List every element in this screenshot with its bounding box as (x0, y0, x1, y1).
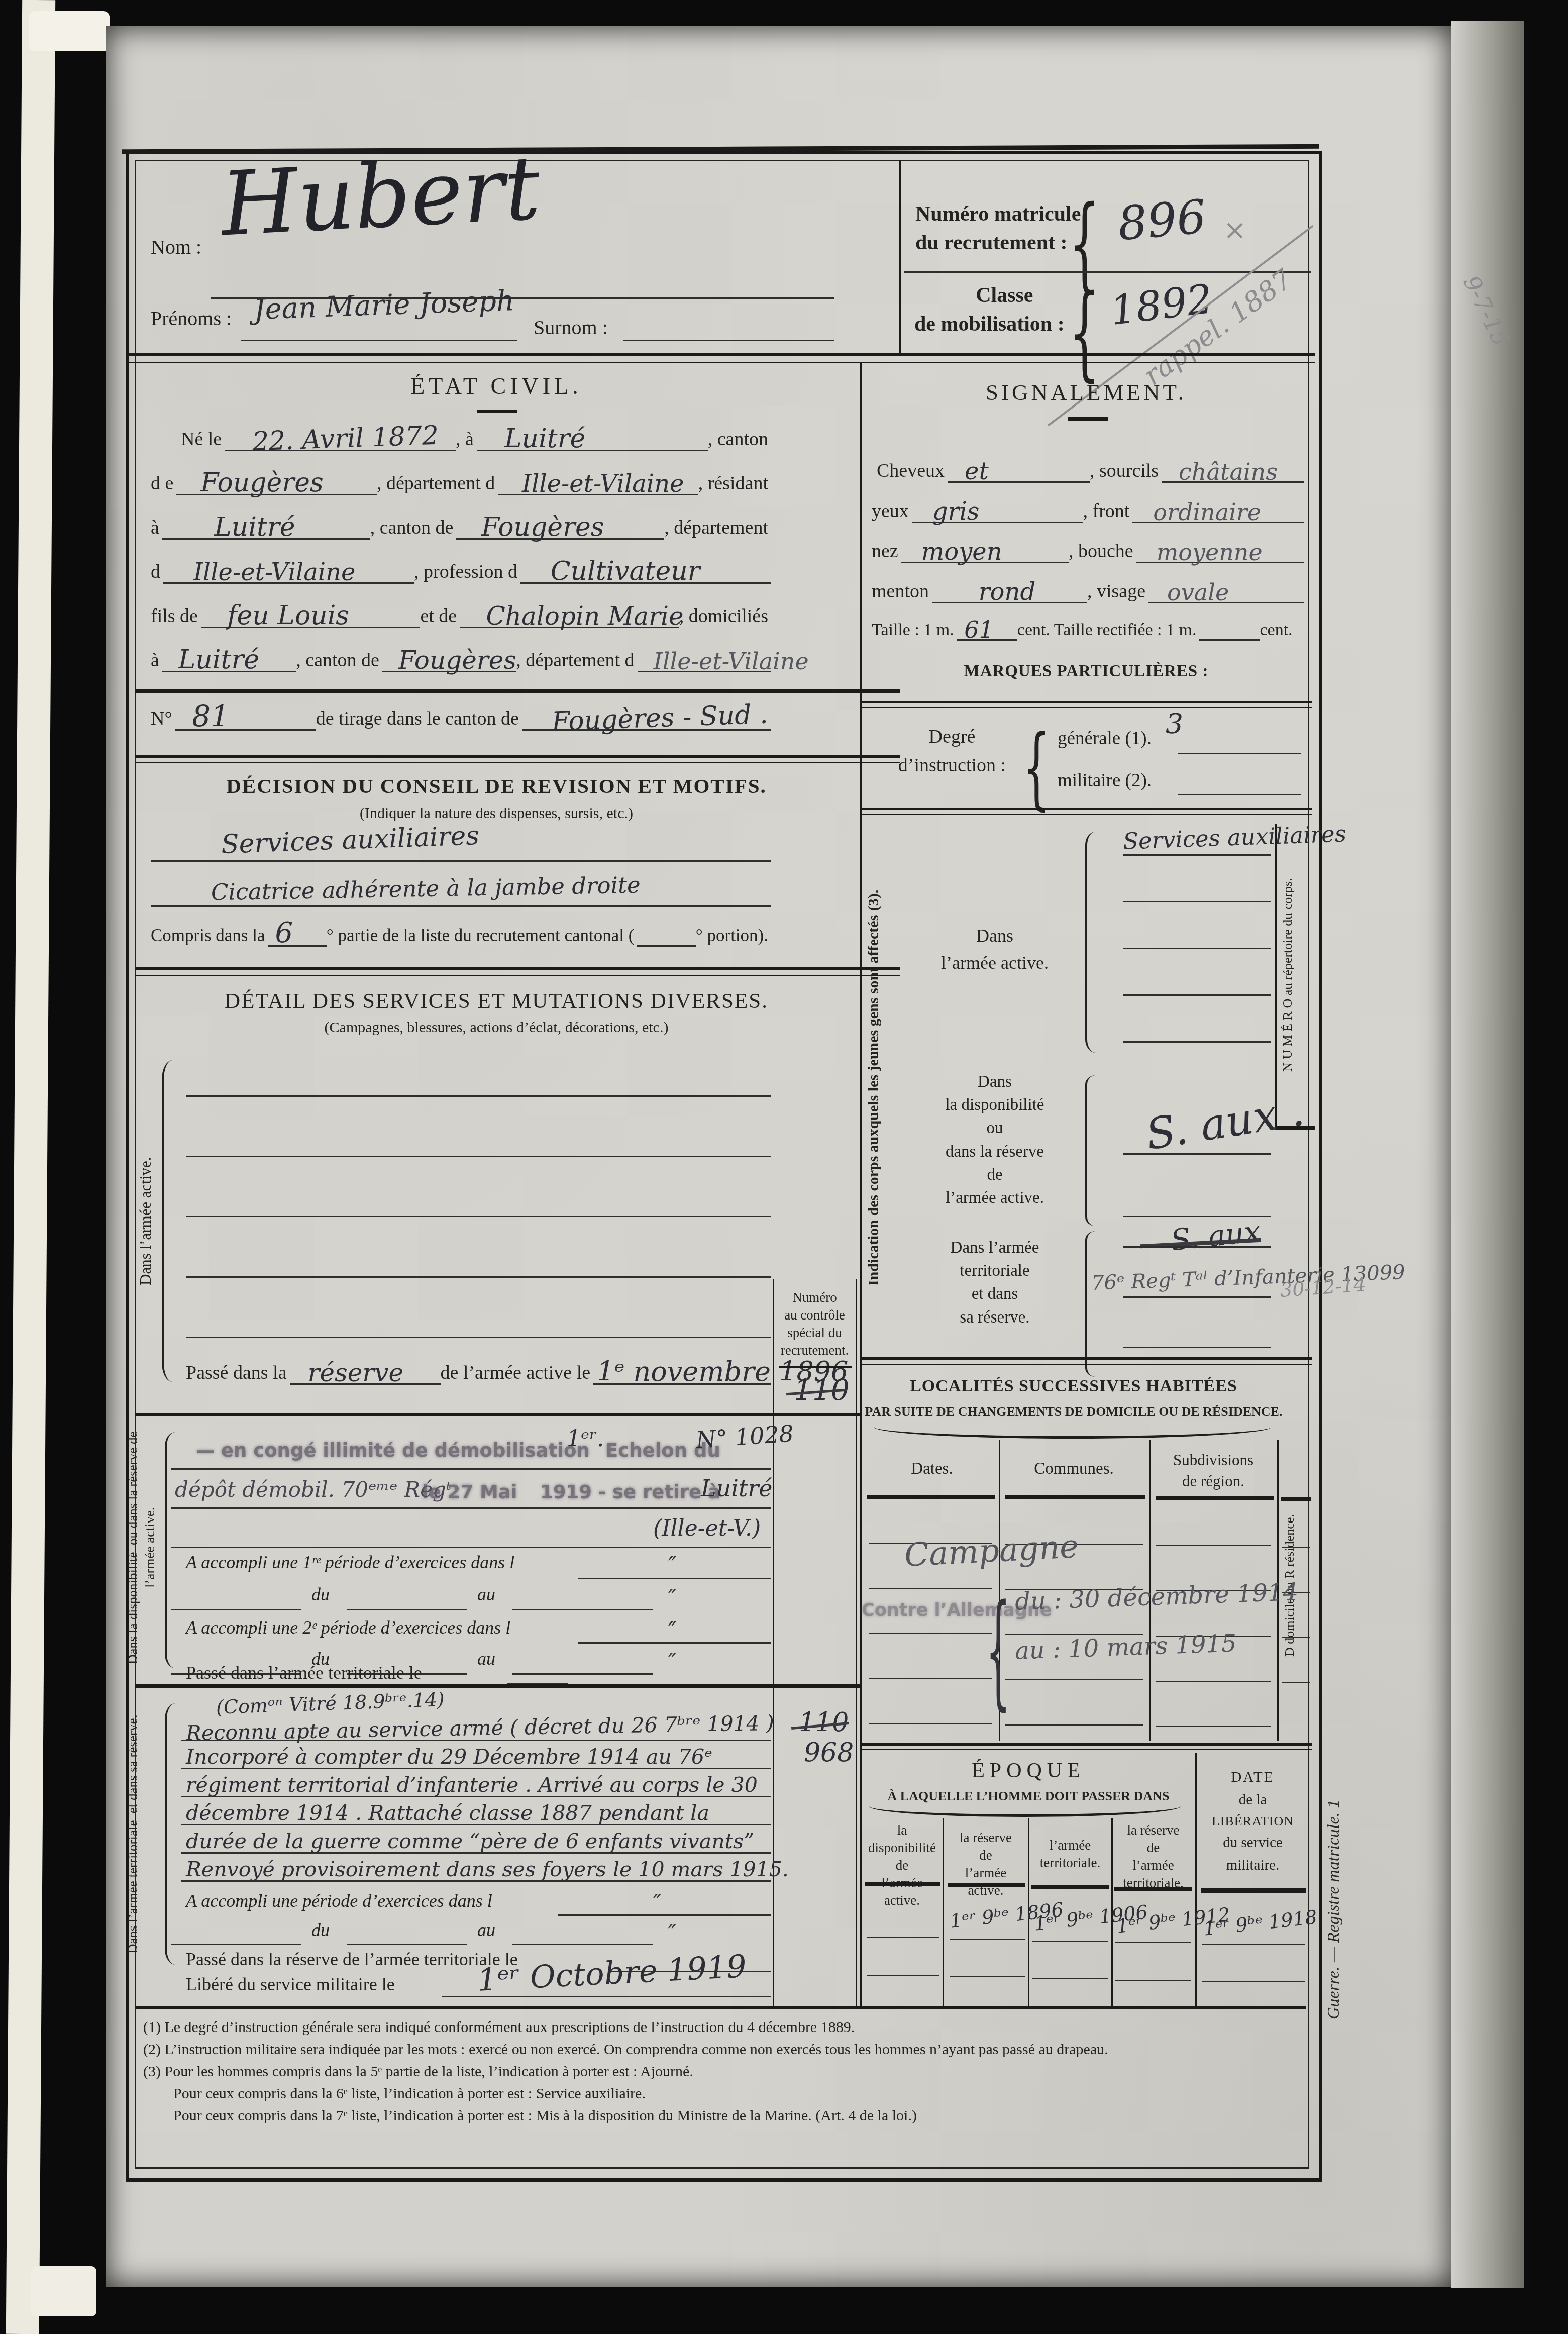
field-residence-departement: Ille-et-Vilaine (163, 582, 414, 584)
terr-vertical-1: Dans l’armée territoriale (125, 1820, 140, 1953)
label: , canton de (296, 649, 382, 672)
etat-civil-row-5: fils de feu Louis et de Chalopin Marie ,… (151, 605, 771, 628)
c5-l2: de la (1199, 1789, 1307, 1811)
detail-subtitle: (Campagnes, blessures, actions d’éclat, … (135, 1019, 858, 1036)
localites-row4-c4 (1282, 1682, 1310, 1683)
bouche-label: , bouche (1069, 540, 1136, 563)
periode1-au-line (512, 1609, 653, 1610)
numero-repertoire-col-line (1275, 824, 1277, 1126)
passe-label-a: Passé dans la (186, 1362, 290, 1385)
c5-l3: LIBÉRATION (1199, 1811, 1307, 1832)
field-parents-departement: Ille-et-Vilaine (638, 671, 771, 672)
epoque-row1-c5 (1202, 1944, 1305, 1945)
matricule-cross: × (1223, 214, 1246, 246)
localites-col-communes: Communes. (1002, 1460, 1145, 1478)
corps-dispo-6: l’armée active. (919, 1186, 1070, 1209)
nom-label: Nom : (151, 235, 201, 259)
tirage-no-label: N° (151, 707, 175, 731)
dispo-vertical-label: Dans la disponibilité ou dans la réserve… (125, 1427, 159, 1668)
c3-l1: l’armée (1030, 1837, 1110, 1854)
signalement-tick (1068, 417, 1108, 421)
periode1-du-ditto: ″ (668, 1585, 676, 1611)
etat-civil-row-4: d Ille-et-Vilaine , profession d Cultiva… (151, 561, 771, 584)
dispo-vertical-1: Dans la disponibilité (125, 1552, 140, 1664)
periode2-au: au (477, 1648, 495, 1669)
controle-h2: au contrôle (774, 1306, 856, 1324)
degre-generale-value: 3 (1166, 707, 1183, 740)
label: , à (456, 428, 477, 451)
degre-label: Degré d’instruction : (882, 723, 1022, 780)
controle-col-left (773, 1279, 774, 2006)
terr-line-6 (181, 1880, 771, 1882)
controle-header-underline (779, 1366, 852, 1368)
c2-l2: de (946, 1847, 1026, 1864)
label: , canton de (370, 517, 457, 540)
matricule-value: 896 (1116, 190, 1208, 251)
footnote-5: Pour ceux compris dans la 7ᵉ liste, l’in… (173, 2107, 1299, 2124)
corps-active-label: Dans l’armée active. (919, 922, 1070, 976)
periode1-label: A accompli une 1ʳᵉ période d’exercices d… (186, 1552, 514, 1573)
signalement-row-4: menton rond , visage ovale (872, 580, 1304, 603)
c5-l4: du service (1199, 1832, 1307, 1854)
corps-dispo-3: ou (919, 1117, 1070, 1140)
localites-row3-c4 (1282, 1637, 1310, 1638)
corps-terr-line-2 (1123, 1296, 1271, 1298)
localites-row5-c1 (869, 1723, 992, 1724)
front-label: , front (1083, 500, 1133, 523)
terr-line-2 (181, 1768, 771, 1769)
libere-line (442, 1996, 771, 1997)
localites-head-underline-1 (867, 1495, 995, 1499)
degre-generale: générale (1). (1058, 728, 1152, 749)
controle-value-bottom: 968 (804, 1738, 854, 1768)
classe-label-line2: de mobilisation : (914, 310, 1065, 339)
controle-h1: Numéro (774, 1289, 856, 1306)
corps-dispo-2: la disponibilité (919, 1093, 1070, 1117)
corps-active-line-5 (1123, 1041, 1271, 1043)
margin-date-note: 9-7-15 (1457, 271, 1514, 350)
terr-au-ditto: ″ (668, 1920, 676, 1946)
epoque-head-underline-2 (948, 1883, 1025, 1887)
classe-label: Classe de mobilisation : (945, 281, 1065, 338)
field-parents-domicile: Luitré (162, 671, 296, 672)
terr-note-6: Renvoyé provisoirement dans ses foyers l… (186, 1857, 789, 1881)
field-passe-reserve: réserve (290, 1383, 441, 1385)
terr-left-stub (171, 1944, 301, 1945)
etat-civil-title: ÉTAT CIVIL. (135, 373, 858, 399)
localites-row4-c3 (1156, 1681, 1271, 1682)
taille-cent-label: cent. (1260, 621, 1295, 641)
field-liste-partie: 6 (268, 945, 326, 947)
epoque-head-underline-4 (1114, 1887, 1192, 1891)
localites-bottom-rule2 (860, 1749, 1312, 1750)
decision-line-2 (151, 905, 771, 907)
c4-l2: de (1114, 1839, 1192, 1857)
epoque-col1-header: la disponibilité de l’armée active. (863, 1821, 941, 1909)
epoque-subtitle: À LAQUELLE L’HOMME DOIT PASSER DANS (860, 1789, 1197, 1804)
localites-row1-c3 (1156, 1545, 1271, 1546)
corps-active-brace (1085, 832, 1104, 1053)
epoque-col3-header: l’armée territoriale. (1030, 1837, 1110, 1872)
corner-paper-top-left (29, 11, 110, 51)
epoque-col4-header: la réserve de l’armée territoriale. (1114, 1821, 1192, 1892)
corps-dispo-label: Dans la disponibilité ou dans la réserve… (919, 1070, 1070, 1209)
corps-bottom-rule2 (860, 1364, 1312, 1365)
corps-active-line-2 (1123, 901, 1271, 902)
prenoms-label: Prénoms : (151, 307, 232, 330)
terr-au: au (477, 1919, 495, 1941)
field-tirage-number: 81 (175, 729, 316, 731)
demob-line-1 (171, 1468, 771, 1470)
epoque-col-line-4 (1195, 1753, 1197, 2006)
label: Né le (181, 428, 225, 451)
corps-terr-line-1 (1123, 1246, 1271, 1248)
yeux-label: yeux (872, 500, 912, 523)
label: d e (151, 472, 176, 495)
signalement-row-3: nez moyen , bouche moyenne (872, 540, 1304, 563)
degre-brace: { (1022, 716, 1051, 819)
matricule-label-line2: du recrutement : (915, 229, 1081, 257)
field-front: ordinaire (1132, 522, 1304, 523)
epoque-row2-c3 (1032, 1978, 1108, 1979)
nez-label: nez (872, 540, 901, 563)
tirage-text: de tirage dans le canton de (316, 707, 522, 731)
c3-l2: territoriale. (1030, 1854, 1110, 1872)
controle-header: Numéro au contrôle spécial du recrutemen… (774, 1289, 856, 1359)
field-birth-place: Luitré (477, 450, 708, 451)
corps-active-line-3 (1123, 948, 1271, 949)
demob-line-2 (171, 1507, 771, 1509)
label: , département (664, 517, 771, 540)
localites-row1-c4 (1282, 1547, 1310, 1548)
degre-militaire-line (1178, 794, 1301, 795)
terr-line-1 (181, 1740, 771, 1741)
matricule-label: Numéro matricule du recrutement : (915, 200, 1081, 257)
menton-label: menton (872, 580, 932, 603)
c4-l3: l’armée (1114, 1857, 1192, 1874)
terr-line-4 (181, 1824, 771, 1825)
tirage-bottom-rule2 (135, 762, 900, 763)
localites-row2-c1 (869, 1588, 992, 1589)
footnote-4: Pour ceux compris dans la 6ᵉ liste, l’in… (173, 2085, 1299, 2102)
localites-head-underline-3 (1156, 1496, 1274, 1500)
epoque-row2-c4 (1115, 1980, 1191, 1981)
label: à (151, 649, 162, 672)
prenoms-line (241, 340, 517, 341)
detail-title: DÉTAIL DES SERVICES ET MUTATIONS DIVERSE… (135, 989, 858, 1013)
surnom-label: Surnom : (534, 316, 608, 339)
corps-terr-4: sa réserve. (919, 1306, 1070, 1329)
field-sourcils: châtains (1162, 481, 1304, 483)
corps-vertical-label: Indication des corps auxquels les jeunes… (865, 829, 882, 1347)
field-profession: Cultivateur (520, 582, 771, 584)
epoque-row1-c3 (1032, 1941, 1108, 1942)
field-menton: rond (932, 602, 1087, 603)
tirage-bottom-rule (135, 755, 900, 758)
localites-col-dates: Dates. (869, 1460, 995, 1478)
epoque-head-underline-1 (865, 1882, 940, 1886)
header-bottom-rule (127, 353, 1315, 356)
epoque-head-underline-3 (1031, 1885, 1109, 1889)
passe-reserve-row: Passé dans la réserve de l’armée active … (186, 1362, 771, 1385)
field-taille: 61 (957, 639, 1017, 641)
terr-periode-label: A accompli une période d’exercices dans … (186, 1890, 492, 1911)
controle-h4: recrutement. (774, 1342, 856, 1359)
epoque-col5-header: DATE de la LIBÉRATION du service militai… (1199, 1766, 1307, 1877)
epoque-row2-c2 (950, 1976, 1025, 1977)
periode2-label: A accompli une 2ᵉ période d’exercices da… (186, 1617, 510, 1638)
decision-bottom-rule (135, 967, 900, 970)
label: à (151, 517, 162, 540)
classe-label-line1: Classe (945, 281, 1065, 310)
field-portion (637, 945, 695, 947)
corps-dispo-1: Dans (919, 1070, 1070, 1093)
c1-l2: disponibilité (863, 1839, 941, 1857)
label: fils de (151, 605, 201, 628)
corps-dispo-4: dans la réserve (919, 1140, 1070, 1163)
field-residence: Luitré (162, 538, 370, 540)
corps-dispo-line-1 (1123, 1153, 1271, 1155)
corps-terr-label: Dans l’armée territoriale et dans sa rés… (919, 1236, 1070, 1329)
terr-note-4: décembre 1914 . Rattaché classe 1887 pen… (186, 1801, 709, 1825)
etat-civil-tick (477, 410, 517, 413)
corner-paper-bottom-left (31, 2266, 96, 2316)
periode1-du-line (347, 1609, 467, 1610)
demob-stamp-1919: 1919 - se retire à (540, 1481, 720, 1503)
periode2-au-line (512, 1673, 653, 1675)
signalement-row-1: Cheveux et , sourcils châtains (877, 460, 1304, 483)
degre-militaire: militaire (2). (1058, 770, 1152, 791)
c4-l1: la réserve (1114, 1821, 1192, 1839)
localites-col-subdiv: Subdivisions de région. (1153, 1450, 1274, 1492)
corps-active-line-4 (1123, 994, 1271, 996)
epoque-col-line-1 (943, 1818, 944, 2006)
signalement-bottom-rule (860, 701, 1312, 703)
field-father: feu Louis (201, 627, 420, 628)
localites-head-underline-2 (1005, 1495, 1145, 1499)
field-birth-date: 22. Avril 1872 (225, 450, 456, 451)
degre-bottom-rule2 (860, 814, 1312, 815)
demob-depot: dépôt démobil. 70ᵉᵐᵉ Régᵗ (175, 1477, 451, 1502)
localites-row4-c2 (1005, 1679, 1143, 1680)
footnote-top-rule (135, 2006, 1306, 2009)
terr-periode-ditto: ″ (653, 1890, 661, 1916)
header-box-divider (899, 160, 901, 356)
field-tirage-canton: Fougères - Sud . (522, 729, 771, 731)
terr-note-2: Incorporé à compter du 29 Décembre 1914 … (186, 1745, 712, 1769)
demob-luitre: Luitré (701, 1475, 773, 1502)
field-cheveux: et (948, 481, 1090, 483)
taille-rectifiee-label: cent. Taille rectifiée : 1 m. (1017, 621, 1200, 641)
field-nez: moyen (901, 562, 1069, 563)
taille-label: Taille : 1 m. (872, 621, 957, 641)
tirage-top-rule (135, 689, 900, 693)
decision-line-1 (151, 860, 771, 862)
left-page-edge (6, 0, 55, 2334)
footnote-1: (1) Le degré d’instruction générale sera… (143, 2019, 1299, 2036)
etat-civil-row-1: Né le 22. Avril 1872 , à Luitré , canton (181, 428, 771, 451)
epoque-head-underline-5 (1201, 1888, 1306, 1893)
label: , résidant (698, 472, 771, 495)
numero-repertoire-vertical: N U M É R O au répertoire du corps. (1280, 832, 1295, 1118)
field-taille-rectifiee (1199, 639, 1260, 641)
detail-vertical-label: Dans l’armée active. (137, 1070, 155, 1372)
epoque-title: ÉPOQUE (860, 1759, 1197, 1783)
label: , domiciliés (679, 605, 771, 628)
hw-1er: 1ᵉʳ. (567, 1426, 604, 1452)
corps-terr-brace (1085, 1231, 1104, 1377)
corps-terr-2: territoriale (919, 1259, 1070, 1282)
corps-terr-3: et dans (919, 1282, 1070, 1305)
detail-empty-line-1 (186, 1095, 771, 1097)
localites-title: LOCALITÉS SUCCESSIVES HABITÉES (860, 1377, 1287, 1396)
header-bottom-rule-thin (127, 362, 1315, 363)
dispo-brace (165, 1432, 184, 1668)
stamp-text: — en congé illimité de démobilisation (196, 1440, 590, 1461)
footnote-3: (3) Pour les hommes compris dans la 5ᵉ p… (143, 2063, 1299, 2080)
localites-row5-c2 (1005, 1724, 1143, 1726)
field-mother: Chalopin Marie (460, 627, 679, 628)
signalement-bottom-rule2 (860, 707, 1312, 708)
localites-row5-c3 (1156, 1726, 1271, 1727)
side-imprint: Guerre. — Registre matricule. 1 (1324, 1648, 1343, 2171)
c5-l5: militaire. (1199, 1854, 1307, 1877)
degre-label-1: Degré (882, 723, 1022, 751)
corps-terr-line-3 (1123, 1347, 1271, 1348)
subdiv-line2: de région. (1153, 1471, 1274, 1492)
right-page-curl (1451, 21, 1524, 2288)
passe-reserve-terr-label: Passé dans la réserve de l’armée territo… (186, 1949, 518, 1970)
field-passe-date: 1ᵉ novembre 1896 (593, 1383, 771, 1385)
detail-empty-line-5 (186, 1337, 771, 1338)
c1-l3: de (863, 1857, 941, 1874)
field-residence-canton: Fougères (456, 538, 664, 540)
visage-label: , visage (1087, 580, 1148, 603)
label: , canton (708, 428, 771, 451)
demob-stamp-le27mai: le 27 Mai (422, 1481, 517, 1503)
footnote-2: (2) L’instruction militaire sera indiqué… (143, 2041, 1309, 2058)
epoque-col2-header: la réserve de l’armée active. (946, 1829, 1026, 1899)
demob-ille-et-v: (Ille-et-V.) (653, 1515, 761, 1541)
scanned-register-photo: { "glyphs": {"brace":"{", "ditto":"\u203… (0, 0, 1568, 2334)
degre-generale-line (1178, 753, 1301, 754)
controle-col-right (856, 1279, 857, 2006)
epoque-row1-c1 (867, 1937, 939, 1938)
decision-title: DÉCISION DU CONSEIL DE REVISION ET MOTIF… (135, 774, 858, 798)
passe-label-b: de l’armée active le (441, 1362, 594, 1385)
field-departement: Ille-et-Vilaine (498, 494, 698, 495)
terr-line-3 (181, 1796, 771, 1797)
detail-empty-line-2 (186, 1156, 771, 1157)
compris-label-c: ° portion). (696, 926, 771, 947)
active-bottom-rule (135, 1413, 860, 1416)
nom-signature: Hubert (219, 138, 543, 256)
degre-label-2: d’instruction : (882, 751, 1022, 780)
c2-l3: l’armée active. (946, 1864, 1026, 1899)
periode1-du: du (311, 1584, 330, 1605)
periode2-ditto: ″ (668, 1618, 676, 1644)
periode1-left-stub (171, 1609, 301, 1610)
detail-brace (162, 1060, 181, 1382)
compris-label-b: ° partie de la liste du recrutement cant… (327, 926, 638, 947)
corps-active-label-2: l’armée active. (919, 949, 1070, 976)
marques-label: MARQUES PARTICULIÈRES : (860, 662, 1312, 681)
label: , département d (516, 649, 637, 672)
epoque-row2-c1 (867, 1975, 939, 1976)
matricule-label-line1: Numéro matricule (915, 200, 1081, 229)
terr-note-3: régiment territorial d’infanterie . Arri… (186, 1773, 758, 1797)
terr-brace (165, 1703, 184, 1965)
periode1-au: au (477, 1584, 495, 1605)
localites-row3-c1 (869, 1633, 992, 1634)
corps-dispo-brace (1085, 1075, 1104, 1226)
terr-periode-line (558, 1914, 771, 1916)
dispo-bottom-rule (135, 1684, 860, 1688)
localites-head-underline-4 (1281, 1497, 1311, 1501)
localites-subtitle: PAR SUITE DE CHANGEMENTS DE DOMICILE OU … (860, 1404, 1287, 1419)
label: , profession d (414, 561, 520, 584)
c2-l1: la réserve (946, 1829, 1026, 1847)
signalement-title: SIGNALEMENT. (860, 379, 1312, 405)
terr-line-5 (181, 1852, 771, 1854)
field-bouche: moyenne (1136, 562, 1304, 563)
field-parents-canton: Fougères (382, 671, 516, 672)
label: et de (420, 605, 460, 628)
terr-vertical-label: Dans l’armée territoriale et dans sa rés… (125, 1698, 142, 1970)
passe-territoriale-label: Passé dans l’armée territoriale le (186, 1662, 422, 1683)
compris-row: Compris dans la 6 ° partie de la liste d… (151, 926, 771, 947)
tirage-row: N° 81 de tirage dans le canton de Fougèr… (151, 707, 771, 731)
etat-civil-row-2: d e Fougères , département d Ille-et-Vil… (151, 472, 771, 495)
classe-brace: { (1069, 274, 1100, 392)
surnom-line (623, 340, 834, 341)
c1-l1: la (863, 1821, 941, 1839)
label: d (151, 561, 163, 584)
etat-civil-row-6: à Luitré , canton de Fougères , départem… (151, 649, 771, 672)
terr-note-5: durée de la guerre comme “père de 6 enfa… (186, 1829, 754, 1853)
signalement-row-5: Taille : 1 m. 61 cent. Taille rectifiée … (872, 621, 1304, 641)
epoque-row1-c4 (1115, 1942, 1191, 1943)
demob-line-3 (171, 1547, 771, 1548)
terr-du-line (347, 1944, 467, 1945)
terr-au-line (512, 1944, 653, 1945)
campagne-brace: { (986, 1578, 1011, 1723)
decision-subtitle: (Indiquer la nature des dispenses, sursi… (135, 805, 858, 822)
detail-empty-line-3 (186, 1216, 771, 1217)
field-visage: ovale (1148, 602, 1304, 603)
localites-bottom-rule (860, 1743, 1312, 1746)
field-canton: Fougères (176, 494, 377, 495)
field-yeux: gris (912, 522, 1083, 523)
periode1-ditto: ″ (668, 1553, 676, 1578)
libere-label: Libéré du service militaire le (186, 1974, 395, 1995)
c5-l1: DATE (1199, 1766, 1307, 1789)
signalement-row-2: yeux gris , front ordinaire (872, 500, 1304, 523)
demob-stamp-line1: — en congé illimité de démobilisation (196, 1440, 590, 1461)
corps-active-line-1 (1123, 854, 1271, 856)
decision-bottom-rule2 (135, 975, 900, 976)
epoque-row2-c5 (1202, 1981, 1305, 1982)
corps-terr-1: Dans l’armée (919, 1236, 1070, 1259)
cheveux-label: Cheveux (877, 460, 948, 483)
terr-vertical-2: et dans sa réserve. (125, 1714, 140, 1813)
etat-civil-row-3: à Luitré , canton de Fougères , départem… (151, 517, 771, 540)
label: , département d (377, 472, 498, 495)
periode2-au-ditto: ″ (668, 1649, 676, 1675)
corps-active-label-1: Dans (919, 922, 1070, 949)
c1-l4: l’armée active. (863, 1874, 941, 1909)
corps-dispo-5: de (919, 1163, 1070, 1186)
